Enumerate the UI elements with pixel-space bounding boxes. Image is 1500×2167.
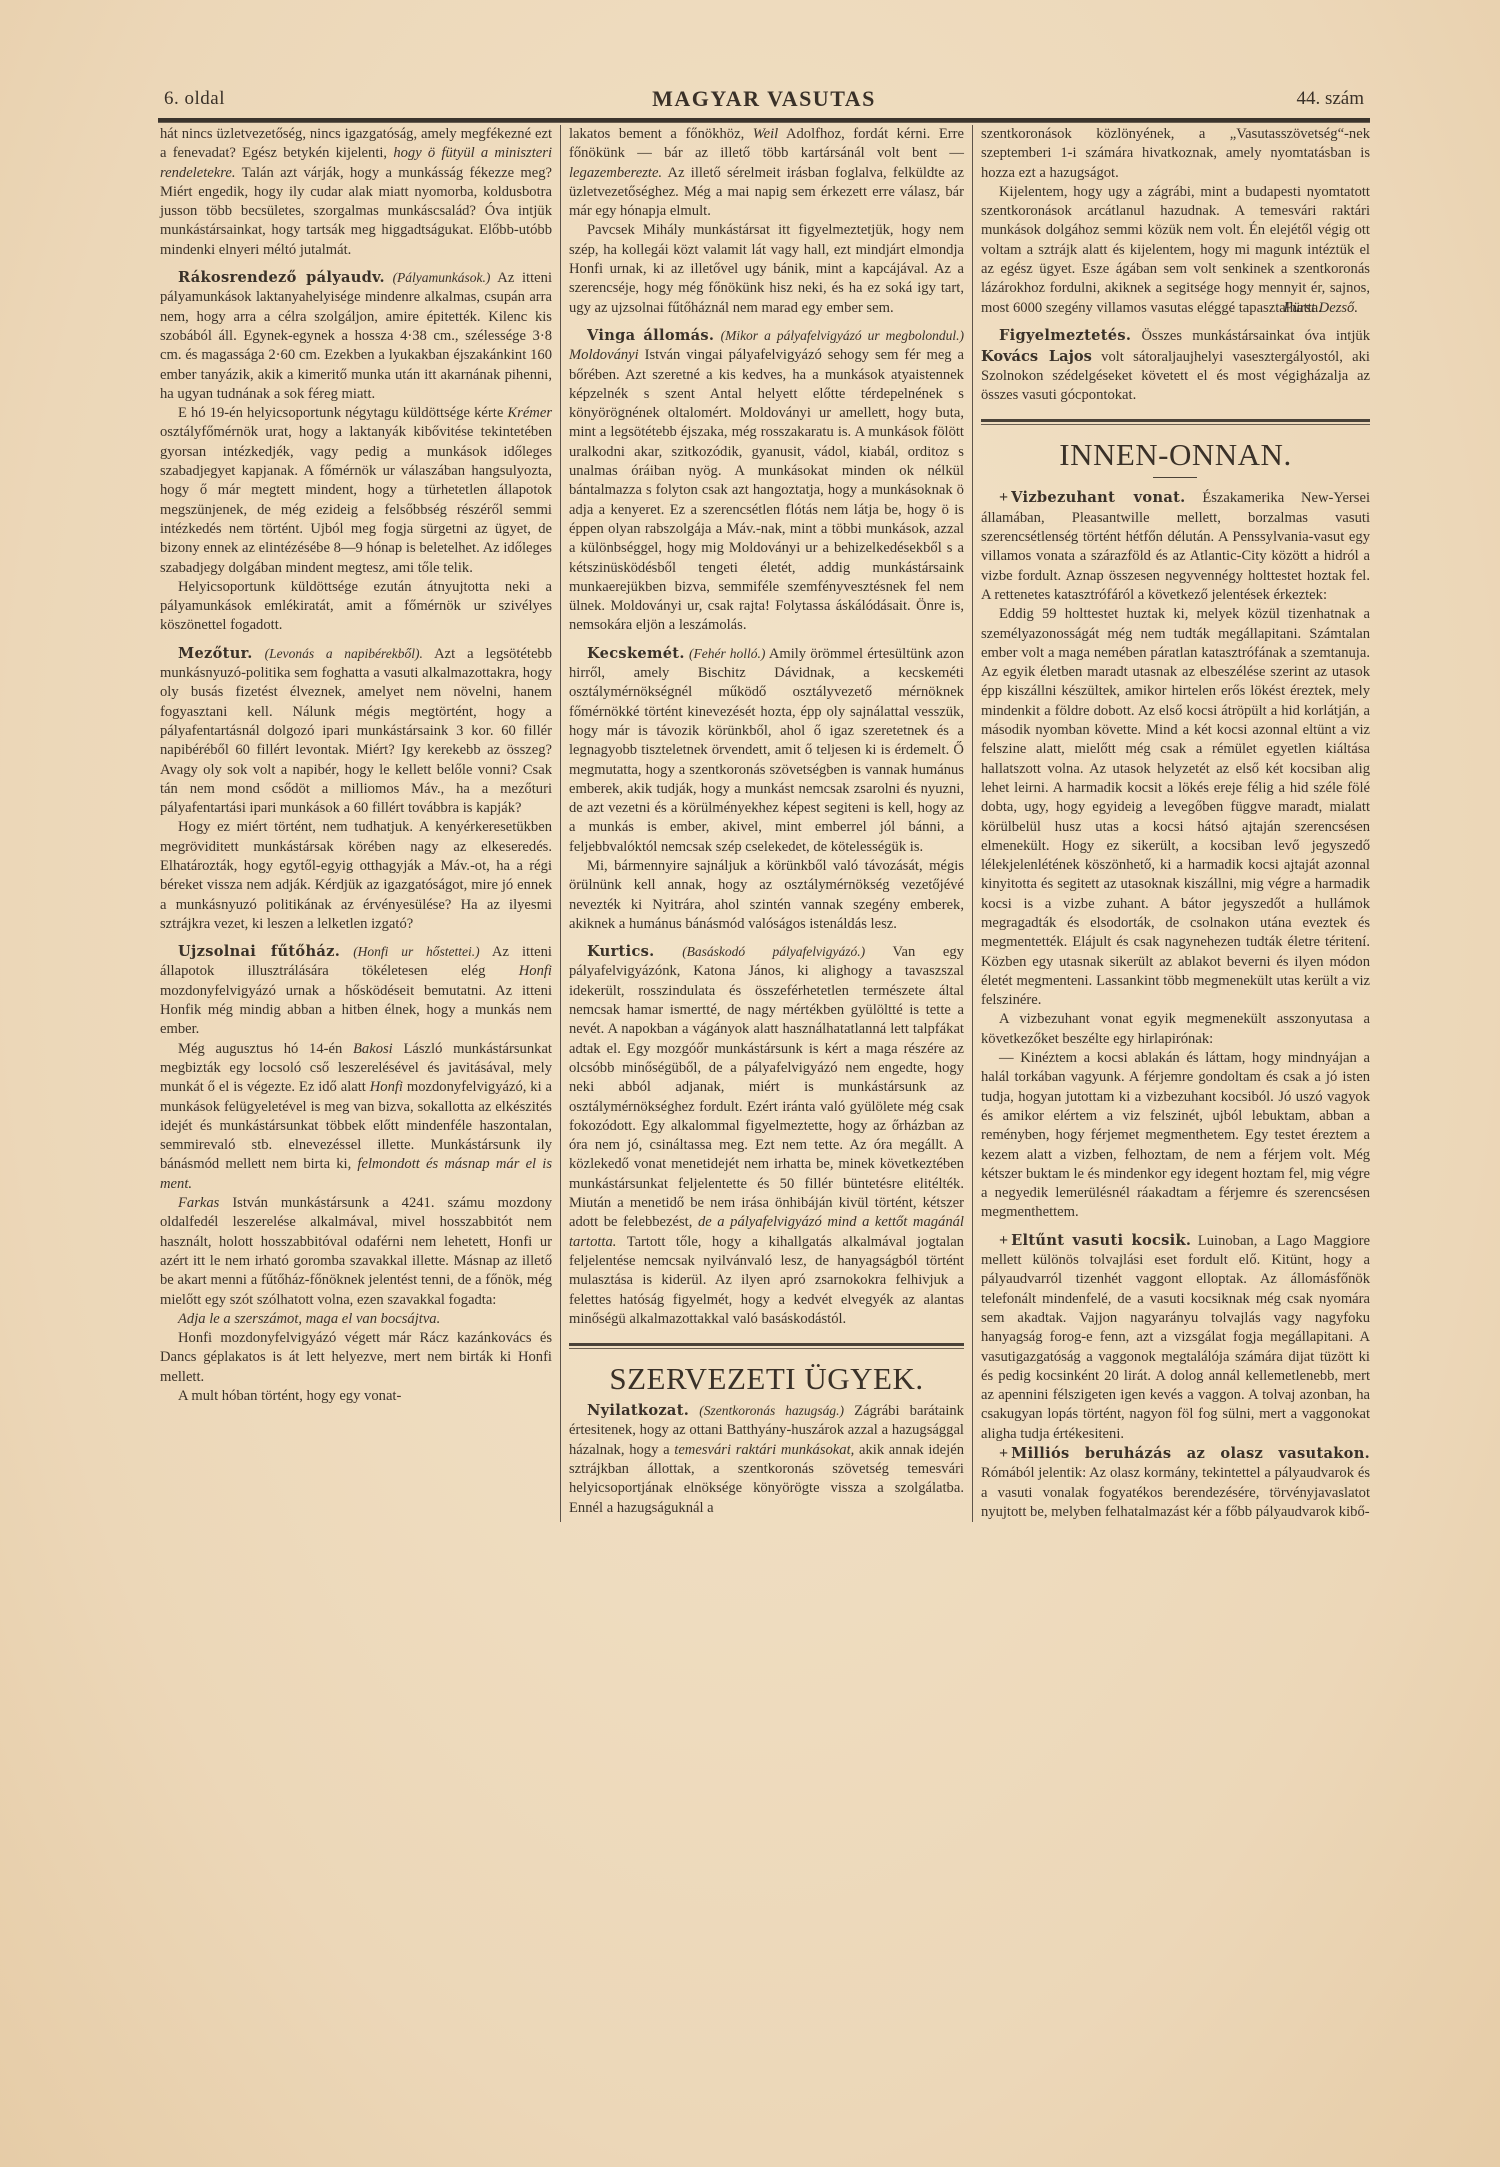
article-heading: Milliós beruházás az olasz vasutakon. <box>1011 1445 1370 1462</box>
paragraph: E hó 19-én helyicsoportunk négytagu küld… <box>160 404 552 578</box>
cross-icon: + <box>999 1445 1008 1462</box>
article-nyilatkozat: Nyilatkozat. (Szentkoronás hazugság.) Zá… <box>569 1401 964 1518</box>
article-eltunt: +Eltűnt vasuti kocsik. Luinoban, a Lago … <box>981 1231 1370 1444</box>
article-ujzsolna: Ujzsolnai fűtőház. (Honfi ur hőstettei.)… <box>160 942 552 1039</box>
article-heading: Rákosrendező pályaudv. <box>178 269 385 286</box>
paragraph: A vizbezuhant vonat egyik megmenekült as… <box>981 1010 1370 1049</box>
section-title-innen-onnan: INNEN-ONNAN. <box>981 437 1370 473</box>
article-kecskemet: Kecskemét. (Fehér holló.) Amily örömmel … <box>569 644 964 857</box>
paragraph: Kijelentem, hogy ugy a zágrábi, mint a b… <box>981 183 1370 318</box>
article-heading: Nyilatkozat. <box>587 1402 689 1419</box>
issue-number: 44. szám <box>1296 88 1364 110</box>
section-divider <box>569 1343 964 1349</box>
paragraph: Farkas István munkástársunk a 4241. szám… <box>160 1194 552 1310</box>
paragraph: — Kinéztem a kocsi ablakán és láttam, ho… <box>981 1049 1370 1223</box>
article-rakosrendezo: Rákosrendező pályaudv. (Pályamunkások.) … <box>160 268 552 404</box>
article-heading: Vizbezuhant vonat. <box>1011 489 1185 506</box>
article-heading: Eltűnt vasuti kocsik. <box>1011 1232 1191 1249</box>
article-vizbezuhant: +Vizbezuhant vonat. Északamerika New-Yer… <box>981 488 1370 605</box>
article-heading: Kecskemét. <box>587 645 685 662</box>
article-mezotur: Mezőtur. (Levonás a napibérekből). Azt a… <box>160 644 552 819</box>
column-3: szentkoronások közlönyének, a „Vasutassz… <box>972 125 1370 1522</box>
paragraph: Honfi mozdonyfelvigyázó végett már Rácz … <box>160 1329 552 1387</box>
cross-icon: + <box>999 489 1008 506</box>
paragraph: Hogy ez miért történt, nem tudhatjuk. A … <box>160 818 552 934</box>
header-rule <box>158 118 1370 123</box>
paragraph: A mult hóban történt, hogy egy vonat- <box>160 1387 552 1406</box>
paragraph: Pavcsek Mihály munkástársat itt figyelme… <box>569 221 964 317</box>
paragraph: lakatos bement a főnökhöz, Weil Adolfhoz… <box>569 125 964 221</box>
section-title-szervezeti: SZERVEZETI ÜGYEK. <box>569 1361 964 1397</box>
article-heading: Mezőtur. <box>178 645 253 662</box>
paragraph: Még augusztus hó 14-én Bakosi László mun… <box>160 1040 552 1194</box>
paragraph: hát nincs üzletvezetőség, nincs igazgató… <box>160 125 552 260</box>
article-heading: Figyelmeztetés. <box>999 327 1131 344</box>
paragraph: Mi, bármennyire sajnáljuk a körünkből va… <box>569 857 964 934</box>
quote: Adja le a szerszámot, maga el van bocsáj… <box>160 1310 552 1329</box>
article-vinga: Vinga állomás. (Mikor a pályafelvigyázó … <box>569 326 964 636</box>
article-kurtics: Kurtics. (Basáskodó pályafelvigyázó.) Va… <box>569 942 964 1329</box>
title-dash <box>1153 477 1197 478</box>
paragraph: Helyicsoportunk küldöttsége ezután átnyu… <box>160 578 552 636</box>
article-figyelmeztetes: Figyelmeztetés. Összes munkástársainkat … <box>981 326 1370 405</box>
article-heading: Kurtics. <box>587 943 655 960</box>
newspaper-page: 6. oldal MAGYAR VASUTAS 44. szám hát nin… <box>158 86 1370 1522</box>
columns: hát nincs üzletvezetőség, nincs igazgató… <box>158 125 1370 1522</box>
page-header: 6. oldal MAGYAR VASUTAS 44. szám <box>158 86 1370 112</box>
article-heading: Ujzsolnai fűtőház. <box>178 943 340 960</box>
paragraph: szentkoronások közlönyének, a „Vasutassz… <box>981 125 1370 183</box>
paragraph: Eddig 59 holttestet huztak ki, melyek kö… <box>981 605 1370 1010</box>
cross-icon: + <box>999 1232 1008 1249</box>
article-heading: Vinga állomás. <box>587 327 714 344</box>
column-1: hát nincs üzletvezetőség, nincs igazgató… <box>158 125 560 1522</box>
article-millios: +Milliós beruházás az olasz vasutakon. R… <box>981 1444 1370 1522</box>
section-divider <box>981 419 1370 425</box>
column-2: lakatos bement a főnökhöz, Weil Adolfhoz… <box>560 125 972 1522</box>
newspaper-title: MAGYAR VASUTAS <box>158 86 1370 112</box>
